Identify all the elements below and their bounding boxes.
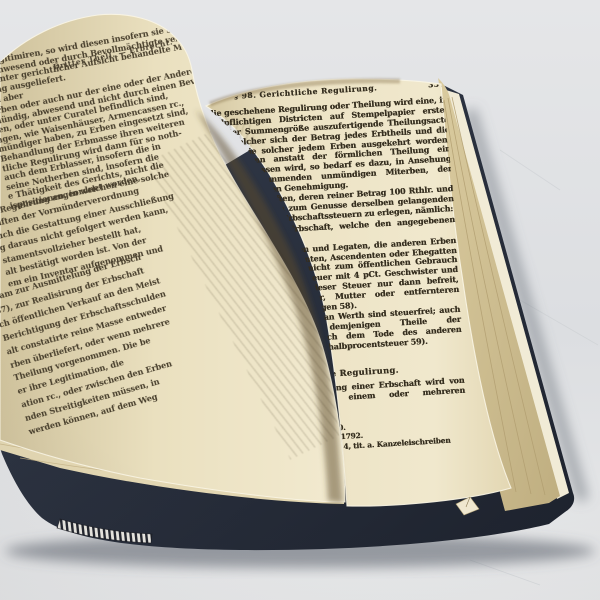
book-photo-shapes [0,0,600,600]
book-photo: 6 Dritter Theil. — Erbrecht. legitimiren… [0,0,600,600]
